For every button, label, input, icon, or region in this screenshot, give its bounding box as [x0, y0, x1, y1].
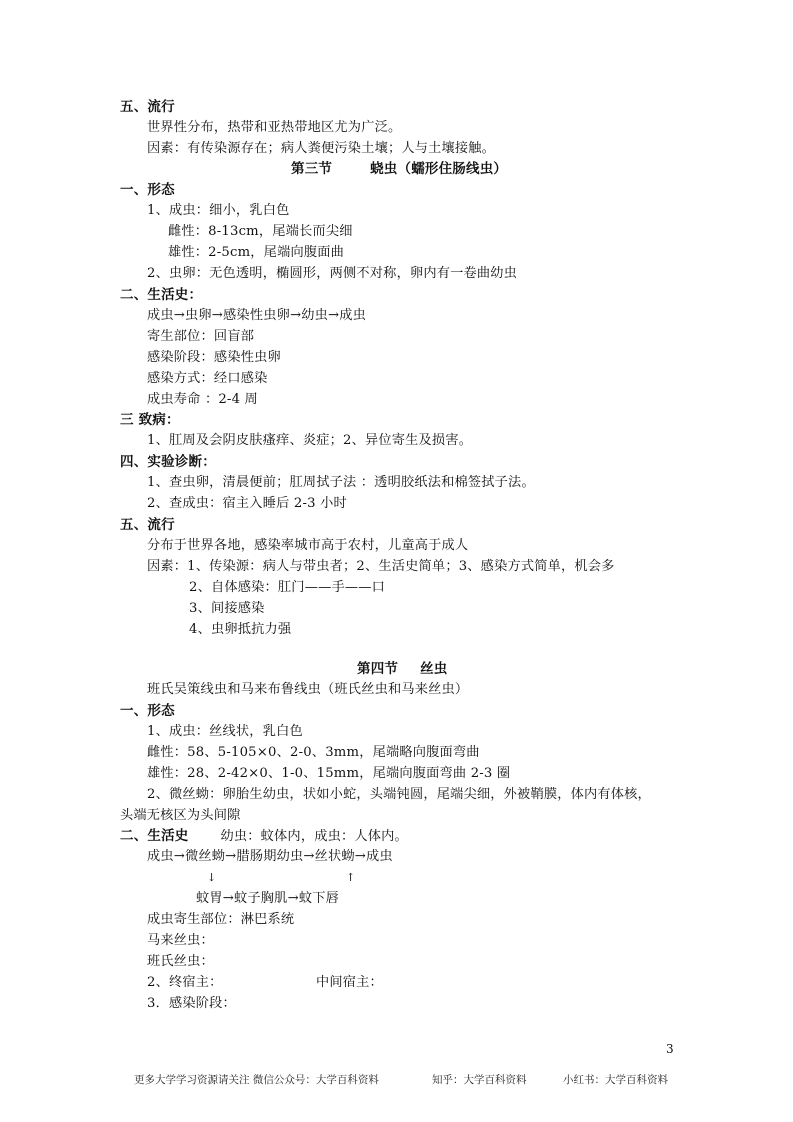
text-line: 寄生部位：回盲部 — [147, 327, 254, 347]
text-line: 因素：1、传染源：病人与带虫者；2、生活史简单；3、感染方式简单，机会多 — [147, 557, 615, 577]
text-line: 1、成虫：细小，乳白色 — [147, 201, 289, 221]
infective-stage-label: 3．感染阶段： — [147, 994, 236, 1014]
intro-line: 班氏吴策线虫和马来布鲁线虫（班氏丝虫和马来丝虫） — [147, 680, 468, 700]
section-name: 蛲虫（蠕形住肠线虫） — [370, 161, 507, 177]
text-line: 2、查成虫：宿主入睡后 2-3 小时 — [147, 494, 347, 514]
text-line: 1、成虫：丝线状，乳白色 — [147, 722, 303, 742]
section-number: 第三节 — [291, 161, 332, 177]
text-line: 雌性：8-13cm，尾端长而尖细 — [168, 222, 353, 242]
life-cycle-flow-main: 成虫→微丝蚴→腊肠期幼虫→丝状蚴→成虫 — [147, 847, 393, 867]
footer-zhihu: 知乎：大学百科资料 — [432, 1072, 527, 1087]
text-line: 雌性：58、5-105×0、2-0、3mm，尾端略向腹面弯曲 — [147, 743, 480, 763]
text-line: 世界性分布，热带和亚热带地区尤为广泛。 — [147, 118, 401, 138]
heading-morphology: 一、形态 — [120, 701, 175, 721]
document-page: 五、流行 世界性分布，热带和亚热带地区尤为广泛。 因素：有传染源存在；病人粪便污… — [0, 0, 793, 1122]
section-title: 第四节丝虫 — [357, 659, 448, 679]
life-cycle-flow-mosquito: 蚊胃→蚊子胸肌→蚊下唇 — [196, 889, 339, 909]
text-line: 雄性：2-5cm，尾端向腹面曲 — [168, 243, 344, 263]
footer-xiaohongshu: 小红书：大学百科资料 — [563, 1072, 668, 1087]
intermediate-host-label: 中间宿主： — [316, 973, 383, 993]
page-number: 3 — [666, 1042, 674, 1056]
text-line: 马来丝虫： — [147, 931, 214, 951]
text-line: 感染阶段：感染性虫卵 — [147, 348, 281, 368]
section-number: 第四节 — [357, 661, 398, 677]
text-line: 1、肛周及会阴皮肤瘙痒、炎症；2、异位寄生及损害。 — [147, 431, 472, 451]
text-line: 雄性：28、2-42×0、1-0、15mm，尾端向腹面弯曲 2-3 圈 — [147, 764, 510, 784]
arrow-down-icon: ↓ — [207, 868, 216, 888]
heading-life-history: 二、生活史 — [120, 828, 189, 844]
text-line: 1、查虫卵，清晨便前；肛周拭子法 ：透明胶纸法和棉签拭子法。 — [147, 473, 535, 493]
text-line: 2、虫卵：无色透明，椭圆形，两侧不对称，卵内有一卷曲幼虫 — [147, 264, 517, 284]
heading-epidemic-prev: 五、流行 — [120, 97, 175, 117]
life-cycle-flow: 成虫→虫卵→感染性虫卵→幼虫→成虫 — [147, 306, 366, 326]
footer-wechat: 更多大学学习资源请关注 微信公众号：大学百科资料 — [134, 1072, 379, 1087]
text-line: 头端无核区为头间隙 — [120, 806, 241, 826]
section-name: 丝虫 — [420, 661, 447, 677]
heading-pathogenesis: 三 致病： — [120, 410, 180, 430]
arrow-up-icon: ↑ — [346, 868, 355, 888]
heading-life-history: 二、生活史： — [120, 285, 202, 305]
text-line: 2、自体感染：肛门——手——口 — [189, 578, 385, 598]
text-line: 4、虫卵抵抗力强 — [189, 620, 291, 640]
heading-morphology: 一、形态 — [120, 180, 175, 200]
text-line: 成虫寿命 ：2-4 周 — [147, 390, 258, 410]
text-line: 班氏丝虫： — [147, 952, 214, 972]
text-line: 因素：有传染源存在；病人粪便污染土壤；人与土壤接触。 — [147, 139, 495, 159]
heading-epidemic: 五、流行 — [120, 515, 175, 535]
life-history-note: 幼虫：蚊体内，成虫：人体内。 — [221, 829, 408, 844]
text-line: 2、微丝蚴：卵胎生幼虫，状如小蛇，头端钝圆，尾端尖细，外被鞘膜，体内有体核， — [147, 785, 651, 805]
life-history-row: 二、生活史幼虫：蚊体内，成虫：人体内。 — [120, 826, 408, 847]
text-line: 成虫寄生部位：淋巴系统 — [147, 910, 294, 930]
text-line: 感染方式：经口感染 — [147, 369, 268, 389]
final-host-label: 2、终宿主： — [147, 973, 223, 993]
text-line: 3、间接感染 — [189, 599, 265, 619]
section-title: 第三节蛲虫（蠕形住肠线虫） — [291, 159, 507, 179]
heading-diagnosis: 四、实验诊断： — [120, 452, 216, 472]
text-line: 分布于世界各地，感染率城市高于农村，儿童高于成人 — [147, 536, 468, 556]
